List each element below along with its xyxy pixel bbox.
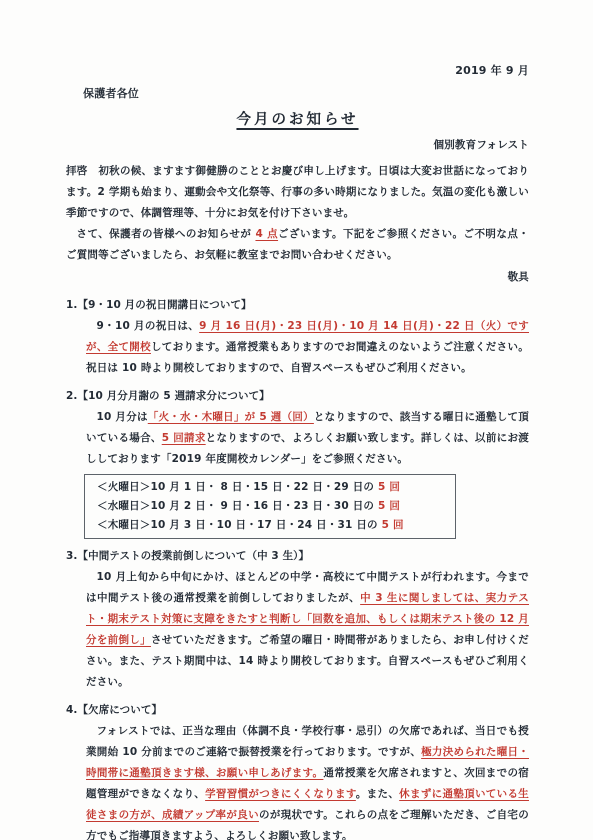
section-body: 9・10 月の祝日は、9 月 16 日(月)・23 日(月)・10 月 14 日… [86, 316, 529, 379]
section-body: 10 月分は「火・水・木曜日」が 5 週（回）となりますので、該当する曜日に通塾… [86, 407, 529, 470]
recipient-line: 保護者各位 [83, 83, 529, 104]
greeting-paragraph-1: 拝啓 初秋の候、ますます御健勝のこととお慶び申し上げます。日頃は大変お世話になっ… [66, 161, 529, 224]
header-date: 2019 年 9 月 [66, 60, 529, 81]
page-title-text: 今月のお知らせ [236, 112, 358, 128]
schedule-row-thursday: ＜木曜日＞10 月 3 日・10 日・17 日・24 日・31 日の 5 回 [97, 516, 443, 535]
section-tuition-five-weeks: 2.【10 月分月謝の 5 週請求分について】 10 月分は「火・水・木曜日」が… [66, 386, 529, 539]
greeting-paragraph-2: さて、保護者の皆様へのお知らせが 4 点ございます。下記をご参照ください。ご不明… [66, 224, 529, 266]
page-title: 今月のお知らせ [66, 110, 529, 131]
sender-name: 個別教育フォレスト [66, 135, 529, 156]
schedule-box: ＜火曜日＞10 月 1 日・ 8 日・15 日・22 日・29 日の 5 回 ＜… [84, 474, 456, 539]
section-heading: 2.【10 月分月謝の 5 週請求分について】 [66, 386, 529, 407]
section-absence: 4.【欠席について】 フォレストでは、正当な理由（体調不良・学校行事・忌引）の欠… [66, 700, 529, 840]
newsletter-page: 2019 年 9 月 保護者各位 今月のお知らせ 個別教育フォレスト 拝啓 初秋… [0, 0, 593, 840]
section-midterm-lessons: 3.【中間テストの授業前倒しについて（中 3 生）】 10 月上旬から中旬にかけ… [66, 546, 529, 693]
section-heading: 4.【欠席について】 [66, 700, 529, 721]
closing-word: 敬具 [66, 267, 529, 288]
section-body: フォレストでは、正当な理由（体調不良・学校行事・忌引）の欠席であれば、当日でも授… [86, 721, 529, 840]
section-heading: 1.【9・10 月の祝日開講日について】 [66, 295, 529, 316]
section-heading: 3.【中間テストの授業前倒しについて（中 3 生）】 [66, 546, 529, 567]
section-holiday-openings: 1.【9・10 月の祝日開講日について】 9・10 月の祝日は、9 月 16 日… [66, 295, 529, 379]
schedule-row-wednesday: ＜水曜日＞10 月 2 日・ 9 日・16 日・23 日・30 日の 5 回 [97, 497, 443, 516]
section-body: 10 月上旬から中旬にかけ、ほとんどの中学・高校にて中間テストが行われます。今ま… [86, 567, 529, 693]
schedule-row-tuesday: ＜火曜日＞10 月 1 日・ 8 日・15 日・22 日・29 日の 5 回 [97, 478, 443, 497]
